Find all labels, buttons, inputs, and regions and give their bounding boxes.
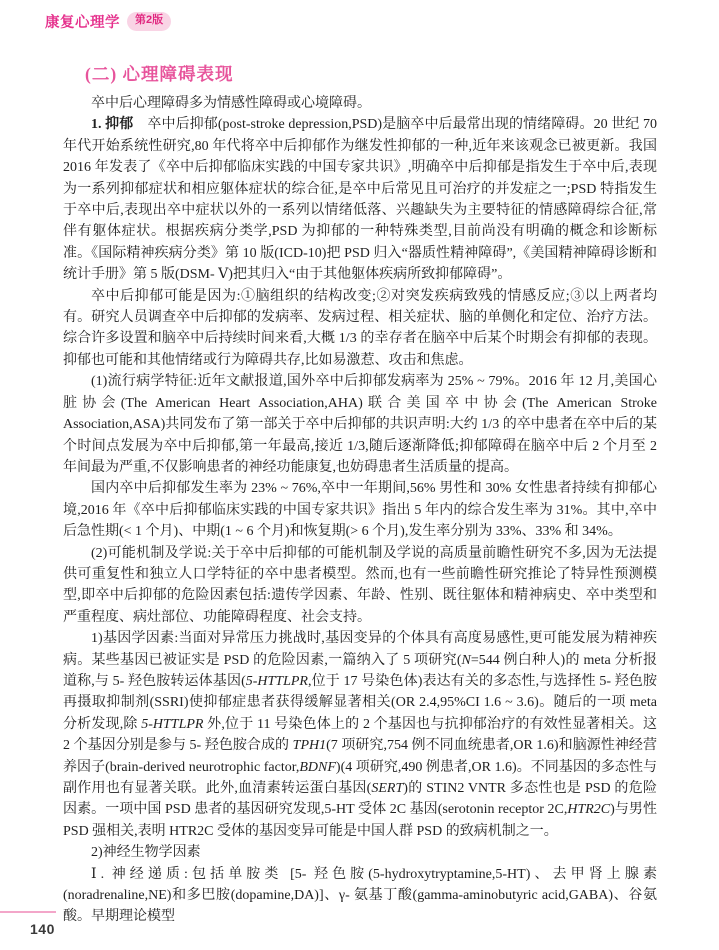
page-number: 140: [30, 921, 55, 937]
paragraph: 卒中后心理障碍多为情感性障碍或心境障碍。: [63, 93, 657, 114]
section-heading: (二) 心理障碍表现: [85, 61, 234, 86]
book-page: 康复心理学 第2版 (二) 心理障碍表现 卒中后心理障碍多为情感性障碍或心境障碍…: [0, 0, 719, 950]
paragraph: 2)神经生物学因素: [63, 842, 657, 863]
paragraph: 1. 抑郁 卒中后抑郁(post-stroke depression,PSD)是…: [63, 114, 657, 285]
body-text: 卒中后心理障碍多为情感性障碍或心境障碍。1. 抑郁 卒中后抑郁(post-str…: [63, 93, 657, 928]
paragraph: Ⅰ. 神经递质:包括单胺类 [5- 羟色胺(5-hydroxytryptamin…: [63, 864, 657, 928]
footer-rule: [0, 911, 56, 913]
paragraph: (1)流行病学特征:近年文献报道,国外卒中后抑郁发病率为 25% ~ 79%。2…: [63, 371, 657, 478]
paragraph: 国内卒中后抑郁发生率为 23% ~ 76%,卒中一年期间,56% 男性和 30%…: [63, 478, 657, 542]
paragraph: 卒中后抑郁可能是因为:①脑组织的结构改变;②对突发疾病致残的情感反应;③以上两者…: [63, 286, 657, 372]
running-head: 康复心理学 第2版: [45, 11, 171, 32]
paragraph: (2)可能机制及学说:关于卒中后抑郁的可能机制及学说的高质量前瞻性研究不多,因为…: [63, 543, 657, 629]
edition-badge: 第2版: [127, 12, 171, 30]
book-title: 康复心理学: [45, 11, 120, 32]
paragraph: 1)基因学因素:当面对异常压力挑战时,基因变异的个体具有高度易感性,更可能发展为…: [63, 628, 657, 842]
